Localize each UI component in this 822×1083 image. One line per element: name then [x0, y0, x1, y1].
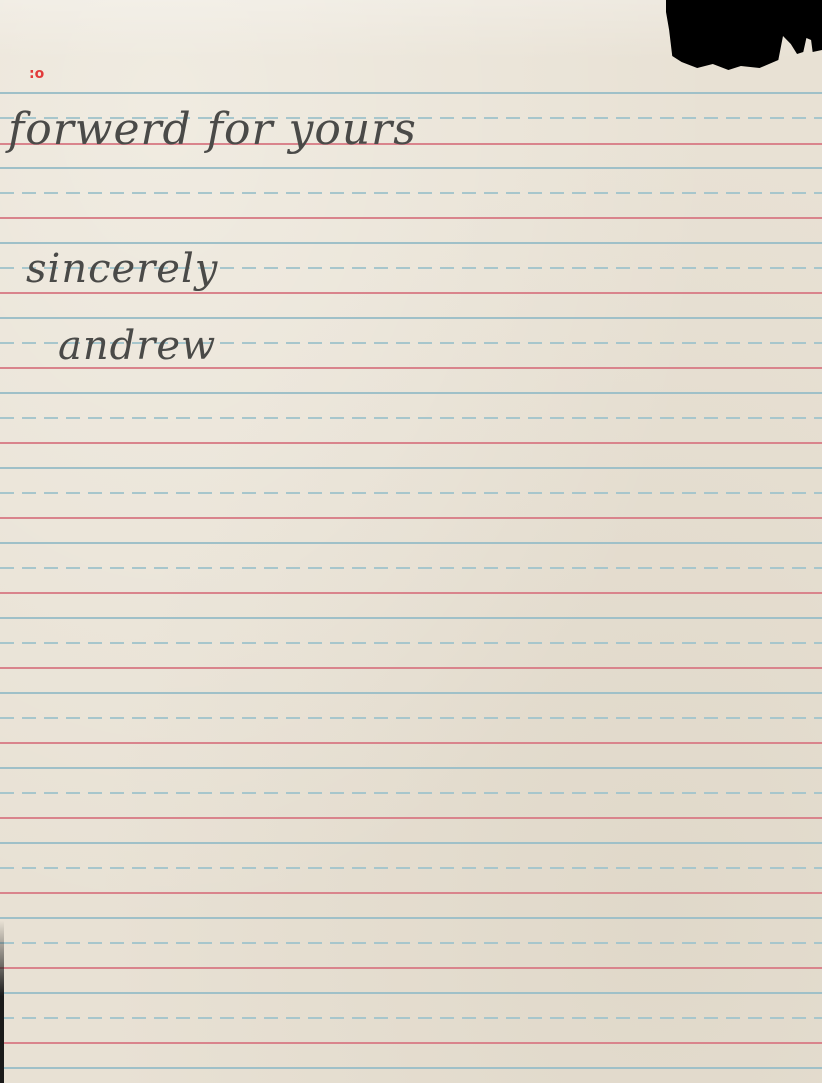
ruled-line-dashed [0, 417, 822, 419]
ruled-line-red [0, 517, 822, 519]
ruled-line-blue [0, 992, 822, 994]
ruled-line-red [0, 742, 822, 744]
signature-text: andrew [58, 323, 216, 369]
ruled-line-dashed [0, 717, 822, 719]
closing-text: sincerely [26, 246, 218, 292]
ruled-line-blue [0, 392, 822, 394]
ruled-line-red [0, 217, 822, 219]
ruled-line-blue [0, 917, 822, 919]
ruled-line-blue [0, 167, 822, 169]
torn-corner [666, 0, 822, 72]
ruled-line-blue [0, 242, 822, 244]
ruled-line-red [0, 892, 822, 894]
ruled-line-blue [0, 542, 822, 544]
ruled-line-blue [0, 692, 822, 694]
ruled-line-dashed [0, 567, 822, 569]
ruled-line-dashed [0, 1017, 822, 1019]
ruled-line-dashed [0, 792, 822, 794]
handwritten-line: forwerd for yours [8, 104, 417, 155]
margin-mark: :o [29, 66, 44, 82]
ruled-line-dashed [0, 492, 822, 494]
ruled-line-red [0, 592, 822, 594]
ruled-line-dashed [0, 942, 822, 944]
ruled-line-red [0, 967, 822, 969]
ruled-line-dashed [0, 642, 822, 644]
ruled-line-red [0, 667, 822, 669]
ruled-line-blue [0, 1067, 822, 1069]
ruled-line-blue [0, 767, 822, 769]
ruled-line-dashed [0, 192, 822, 194]
ruled-line-blue [0, 617, 822, 619]
ruled-line-dashed [0, 867, 822, 869]
ruled-line-red [0, 1042, 822, 1044]
ruled-line-red [0, 442, 822, 444]
ruled-line-blue [0, 467, 822, 469]
ruled-line-blue [0, 92, 822, 94]
ruled-line-blue [0, 317, 822, 319]
scan-edge-shadow [0, 0, 4, 1083]
ruled-line-red [0, 817, 822, 819]
ruled-line-blue [0, 842, 822, 844]
ruled-line-red [0, 292, 822, 294]
lined-paper-sheet: :o forwerd for yours sincerely andrew [0, 0, 822, 1083]
